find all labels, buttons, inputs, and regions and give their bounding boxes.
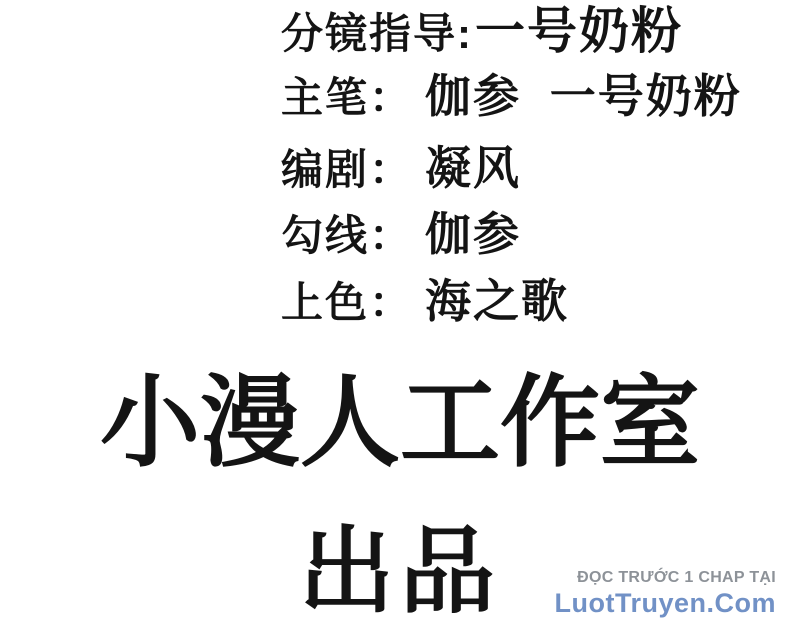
credit-role-label: 分镜指导:: [281, 1, 473, 61]
credit-person-name: 凝风: [425, 132, 521, 198]
credit-line: 分镜指导: 一号奶粉: [281, 0, 683, 63]
credit-role-label: 上色：: [281, 270, 413, 330]
credit-line: 上色： 海之歌: [281, 265, 569, 331]
credit-role-label: 勾线：: [281, 203, 413, 263]
studio-title: 小漫人工作室: [0, 368, 800, 478]
watermark-tagline: ĐỌC TRƯỚC 1 CHAP TẠI: [555, 569, 777, 587]
credit-person-name: 伽参: [425, 198, 521, 264]
credit-role-label: 编剧：: [281, 137, 413, 197]
credit-line: 主笔： 伽参 一号奶粉: [281, 60, 742, 126]
credit-person-name: 海之歌: [425, 265, 569, 331]
credit-person-name: 一号奶粉: [475, 0, 683, 63]
credit-person-name: 伽参 一号奶粉: [425, 60, 742, 126]
credit-role-label: 主笔：: [281, 65, 413, 125]
credit-line: 编剧： 凝风: [281, 132, 521, 198]
credit-line: 勾线： 伽参: [281, 198, 521, 264]
site-watermark: ĐỌC TRƯỚC 1 CHAP TẠI LuotTruyen.Com: [555, 569, 777, 619]
comic-credits-page: 分镜指导: 一号奶粉 主笔： 伽参 一号奶粉 编剧： 凝风 勾线： 伽参 上色：…: [0, 0, 800, 635]
watermark-site-name: LuotTruyen.Com: [555, 588, 777, 619]
